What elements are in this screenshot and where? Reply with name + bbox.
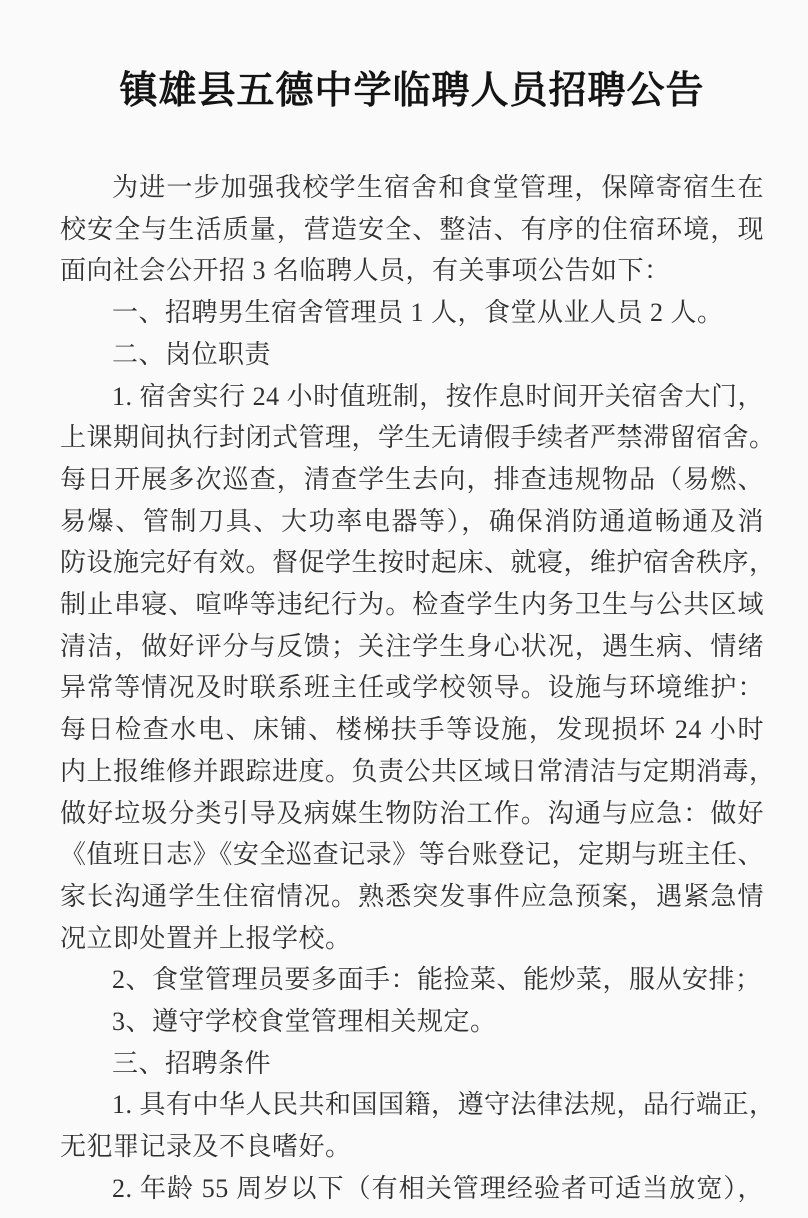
text-line: 2、食堂管理员要多面手：能捡菜、能炒菜，服从安排； bbox=[60, 959, 764, 1001]
duty-item-2-canteen-manager: 2、食堂管理员要多面手：能捡菜、能炒菜，服从安排； bbox=[60, 959, 764, 1001]
text-line: 易爆、管制刀具、大功率电器等），确保消防通道畅通及消 bbox=[60, 501, 764, 543]
text-line: 1. 宿舍实行 24 小时值班制，按作息时间开关宿舍大门， bbox=[60, 376, 764, 418]
section-two-heading-duties: 二、岗位职责 bbox=[60, 334, 764, 376]
text-line: 上课期间执行封闭式管理，学生无请假手续者严禁滞留宿舍。 bbox=[60, 417, 764, 459]
text-line: 内上报维修并跟踪进度。负责公共区域日常清洁与定期消毒， bbox=[60, 751, 764, 793]
text-line: 一、招聘男生宿舍管理员 1 人，食堂从业人员 2 人。 bbox=[60, 292, 764, 334]
text-line: 无犯罪记录及不良嗜好。 bbox=[60, 1126, 764, 1168]
text-line: 清洁，做好评分与反馈；关注学生身心状况，遇生病、情绪 bbox=[60, 626, 764, 668]
text-line: 2. 年龄 55 周岁以下（有相关管理经验者可适当放宽）， bbox=[60, 1168, 764, 1210]
text-line: 家长沟通学生住宿情况。熟悉突发事件应急预案，遇紧急情 bbox=[60, 876, 764, 918]
text-line: 异常等情况及时联系班主任或学校领导。设施与环境维护： bbox=[60, 667, 764, 709]
document-body: 为进一步加强我校学生宿舍和食堂管理，保障寄宿生在校安全与生活质量，营造安全、整洁… bbox=[60, 167, 764, 1210]
text-line: 制止串寝、喧哗等违纪行为。检查学生内务卫生与公共区域 bbox=[60, 584, 764, 626]
text-line: 校安全与生活质量，营造安全、整洁、有序的住宿环境，现 bbox=[60, 209, 764, 251]
text-line: 面向社会公开招 3 名临聘人员，有关事项公告如下： bbox=[60, 250, 764, 292]
duty-item-3-canteen-rules: 3、遵守学校食堂管理相关规定。 bbox=[60, 1001, 764, 1043]
text-line: 防设施完好有效。督促学生按时起床、就寝，维护宿舍秩序， bbox=[60, 542, 764, 584]
text-line: 1. 具有中华人民共和国国籍，遵守法律法规，品行端正， bbox=[60, 1084, 764, 1126]
requirement-2-age: 2. 年龄 55 周岁以下（有相关管理经验者可适当放宽）， bbox=[60, 1168, 764, 1210]
intro-paragraph: 为进一步加强我校学生宿舍和食堂管理，保障寄宿生在校安全与生活质量，营造安全、整洁… bbox=[60, 167, 764, 292]
text-line: 为进一步加强我校学生宿舍和食堂管理，保障寄宿生在 bbox=[60, 167, 764, 209]
section-one-recruit-count: 一、招聘男生宿舍管理员 1 人，食堂从业人员 2 人。 bbox=[60, 292, 764, 334]
duty-item-1-dorm-manager: 1. 宿舍实行 24 小时值班制，按作息时间开关宿舍大门，上课期间执行封闭式管理… bbox=[60, 376, 764, 960]
text-line: 每日开展多次巡查，清查学生去向，排查违规物品（易燃、 bbox=[60, 459, 764, 501]
text-line: 《值班日志》《安全巡查记录》等台账登记，定期与班主任、 bbox=[60, 834, 764, 876]
text-line: 况立即处置并上报学校。 bbox=[60, 918, 764, 960]
text-line: 做好垃圾分类引导及病媒生物防治工作。沟通与应急：做好 bbox=[60, 793, 764, 835]
section-three-heading-requirements: 三、招聘条件 bbox=[60, 1043, 764, 1085]
requirement-1-nationality: 1. 具有中华人民共和国国籍，遵守法律法规，品行端正，无犯罪记录及不良嗜好。 bbox=[60, 1084, 764, 1167]
document-title: 镇雄县五德中学临聘人员招聘公告 bbox=[60, 68, 764, 115]
document-page: 镇雄县五德中学临聘人员招聘公告 为进一步加强我校学生宿舍和食堂管理，保障寄宿生在… bbox=[0, 0, 808, 1218]
text-line: 每日检查水电、床铺、楼梯扶手等设施，发现损坏 24 小时 bbox=[60, 709, 764, 751]
text-line: 三、招聘条件 bbox=[60, 1043, 764, 1085]
text-line: 二、岗位职责 bbox=[60, 334, 764, 376]
text-line: 3、遵守学校食堂管理相关规定。 bbox=[60, 1001, 764, 1043]
